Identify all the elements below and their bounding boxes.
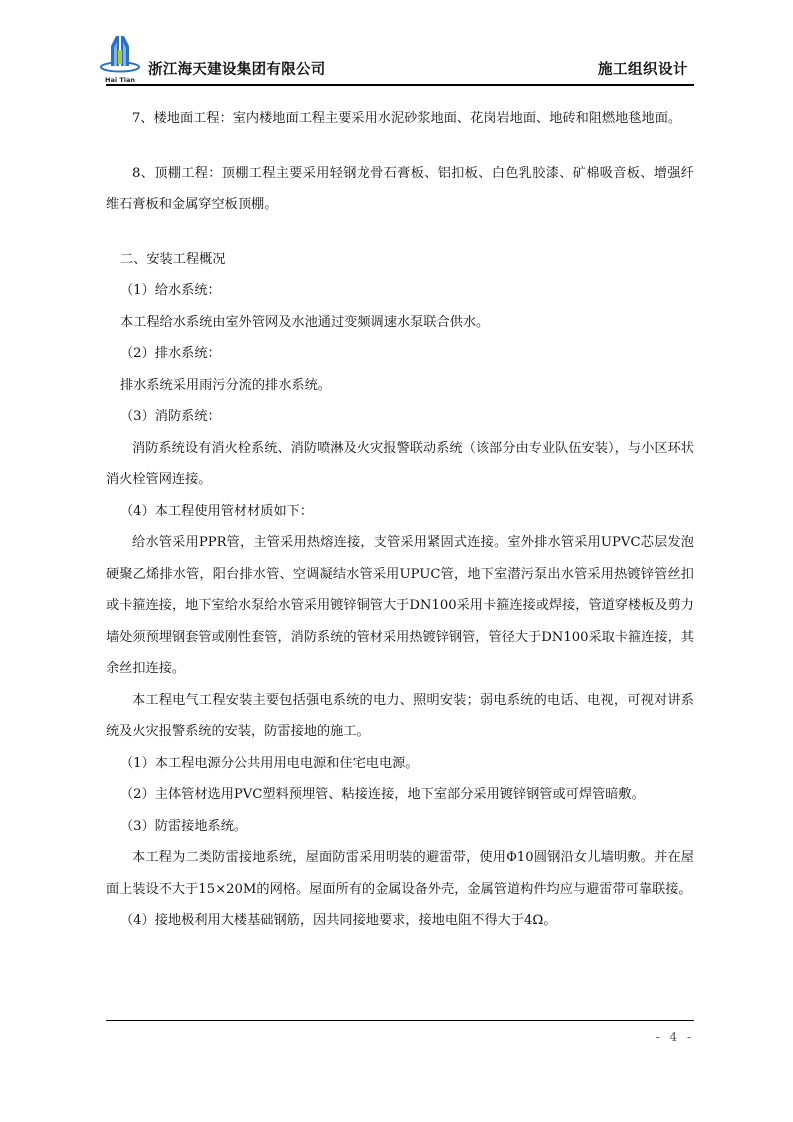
header-divider: [106, 84, 694, 86]
paragraph-pipe-materials: 给水管采用PPR管，主管采用热熔连接，支管采用紧固式连接。室外排水管采用UPVC…: [106, 527, 694, 685]
page-number: - 4 -: [656, 1030, 694, 1044]
logo-caption: Hai Tian: [98, 76, 142, 84]
haitian-logo-icon: [98, 32, 142, 76]
paragraph-lightning-protection: 本工程为二类防雷接地系统，屋面防雷采用明装的避雷带，使用Φ10圆钢沿女儿墙明敷。…: [106, 842, 694, 905]
footer-divider: [106, 1020, 694, 1021]
paragraph-electrical: 本工程电气工程安装主要包括强电系统的电力、照明安装；弱电系统的电话、电视，可视对…: [106, 685, 694, 748]
section-heading-installation: 二、安装工程概况: [106, 244, 694, 276]
item-conduit: （2）主体管材选用PVC塑料预埋管、粘接连接，地下室部分采用镀锌钢管或可焊管暗敷…: [106, 779, 694, 811]
paragraph-ceiling-works: 8、顶棚工程：顶棚工程主要采用轻钢龙骨石膏板、铝扣板、白色乳胶漆、矿棉吸音板、增…: [106, 158, 694, 221]
company-logo: Hai Tian: [98, 32, 142, 84]
item-power-source: （1）本工程电源分公共用用电电源和住宅电电源。: [106, 748, 694, 780]
paragraph-floor-works: 7、楼地面工程：室内楼地面工程主要采用水泥砂浆地面、花岗岩地面、地砖和阻燃地毯地…: [106, 103, 694, 135]
item-grounding: （4）接地极利用大楼基础钢筋，因共同接地要求，接地电阻不得大于4Ω。: [106, 905, 694, 937]
spacer: [106, 135, 694, 158]
company-name: 浙江海天建设集团有限公司: [148, 58, 326, 79]
document-body: 7、楼地面工程：室内楼地面工程主要采用水泥砂浆地面、花岗岩地面、地砖和阻燃地毯地…: [106, 103, 694, 937]
subheading-fire-protection: （3）消防系统：: [106, 401, 694, 433]
item-lightning-protection: （3）防雷接地系统。: [106, 811, 694, 843]
subheading-drainage: （2）排水系统：: [106, 338, 694, 370]
document-title: 施工组织设计: [598, 58, 688, 79]
paragraph-fire-protection: 消防系统设有消火栓系统、消防喷淋及火灾报警联动系统（该部分由专业队伍安装），与小…: [106, 433, 694, 496]
spacer: [106, 221, 694, 244]
subheading-pipe-materials: （4）本工程使用管材材质如下：: [106, 496, 694, 528]
paragraph-water-supply: 本工程给水系统由室外管网及水池通过变频调速水泵联合供水。: [106, 307, 694, 339]
paragraph-drainage: 排水系统采用雨污分流的排水系统。: [106, 370, 694, 402]
page-header: Hai Tian 浙江海天建设集团有限公司 施工组织设计: [106, 30, 694, 86]
subheading-water-supply: （1）给水系统：: [106, 275, 694, 307]
